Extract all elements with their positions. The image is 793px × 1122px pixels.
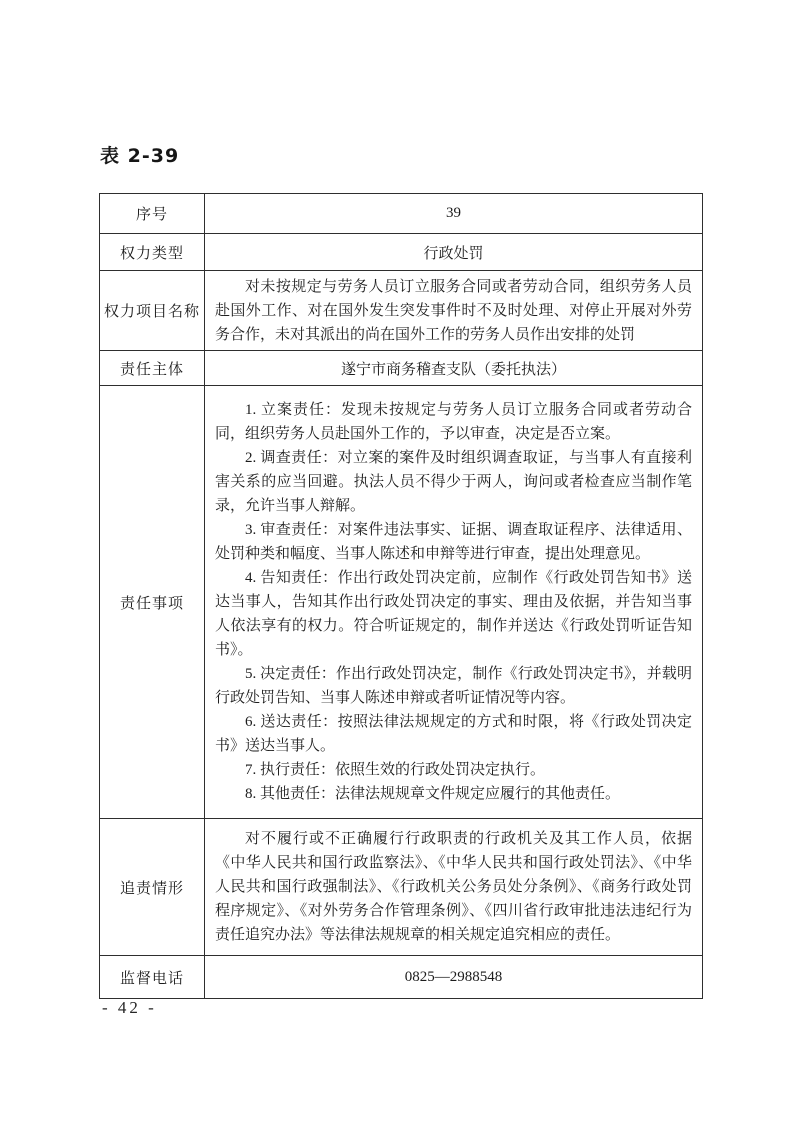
table-row-accountability-circumstances: 追责情形 对不履行或不正确履行行政职责的行政机关及其工作人员，依据《中华人民共和… <box>100 819 703 956</box>
row-value-supervision-phone: 0825—2988548 <box>205 956 703 999</box>
row-value-responsibility-items: 1. 立案责任：发现未按规定与劳务人员订立服务合同或者劳动合同，组织劳务人员赴国… <box>205 386 703 819</box>
responsibility-item-8: 8. 其他责任：法律法规规章文件规定应履行的其他责任。 <box>215 782 692 806</box>
row-value-responsible-body: 遂宁市商务稽查支队（委托执法） <box>205 351 703 386</box>
responsibility-item-6: 6. 送达责任：按照法律法规规定的方式和时限，将《行政处罚决定书》送达当事人。 <box>215 710 692 758</box>
responsibility-item-7: 7. 执行责任：依照生效的行政处罚决定执行。 <box>215 758 692 782</box>
row-value-power-type: 行政处罚 <box>205 234 703 271</box>
responsibility-item-1: 1. 立案责任：发现未按规定与劳务人员订立服务合同或者劳动合同，组织劳务人员赴国… <box>215 398 692 446</box>
table-row-power-type: 权力类型 行政处罚 <box>100 234 703 271</box>
responsibility-item-4: 4. 告知责任：作出行政处罚决定前，应制作《行政处罚告知书》送达当事人，告知其作… <box>215 566 692 662</box>
page-title: 表 2-39 <box>100 141 179 168</box>
paragraph: 对不履行或不正确履行行政职责的行政机关及其工作人员，依据《中华人民共和国行政监察… <box>215 827 692 947</box>
table-row-supervision-phone: 监督电话 0825—2988548 <box>100 956 703 999</box>
table-row-serial-number: 序号 39 <box>100 194 703 234</box>
responsibility-item-2: 2. 调查责任：对立案的案件及时组织调查取证，与当事人有直接利害关系的应当回避。… <box>215 446 692 518</box>
row-value-power-item-name: 对未按规定与劳务人员订立服务合同或者劳动合同，组织劳务人员赴国外工作、对在国外发… <box>205 271 703 351</box>
row-value-serial-number: 39 <box>205 194 703 234</box>
paragraph: 对未按规定与劳务人员订立服务合同或者劳动合同，组织劳务人员赴国外工作、对在国外发… <box>215 275 692 347</box>
row-label-responsibility-items: 责任事项 <box>100 386 205 819</box>
power-responsibility-table: 序号 39 权力类型 行政处罚 权力项目名称 对未按规定与劳务人员订立服务合同或… <box>99 193 703 999</box>
page-number: - 42 - <box>102 998 157 1018</box>
row-label-serial-number: 序号 <box>100 194 205 234</box>
responsibility-item-3: 3. 审查责任：对案件违法事实、证据、调查取证程序、法律适用、处罚种类和幅度、当… <box>215 518 692 566</box>
table-row-responsibility-items: 责任事项 1. 立案责任：发现未按规定与劳务人员订立服务合同或者劳动合同，组织劳… <box>100 386 703 819</box>
row-label-power-item-name: 权力项目名称 <box>100 271 205 351</box>
row-label-responsible-body: 责任主体 <box>100 351 205 386</box>
row-label-accountability-circumstances: 追责情形 <box>100 819 205 956</box>
responsibility-item-5: 5. 决定责任：作出行政处罚决定，制作《行政处罚决定书》，并载明行政处罚告知、当… <box>215 662 692 710</box>
row-value-accountability-circumstances: 对不履行或不正确履行行政职责的行政机关及其工作人员，依据《中华人民共和国行政监察… <box>205 819 703 956</box>
row-label-supervision-phone: 监督电话 <box>100 956 205 999</box>
table-row-power-item-name: 权力项目名称 对未按规定与劳务人员订立服务合同或者劳动合同，组织劳务人员赴国外工… <box>100 271 703 351</box>
row-label-power-type: 权力类型 <box>100 234 205 271</box>
document-page: { "page": { "title": "表 2-39", "footer_p… <box>0 0 793 1122</box>
table-row-responsible-body: 责任主体 遂宁市商务稽查支队（委托执法） <box>100 351 703 386</box>
